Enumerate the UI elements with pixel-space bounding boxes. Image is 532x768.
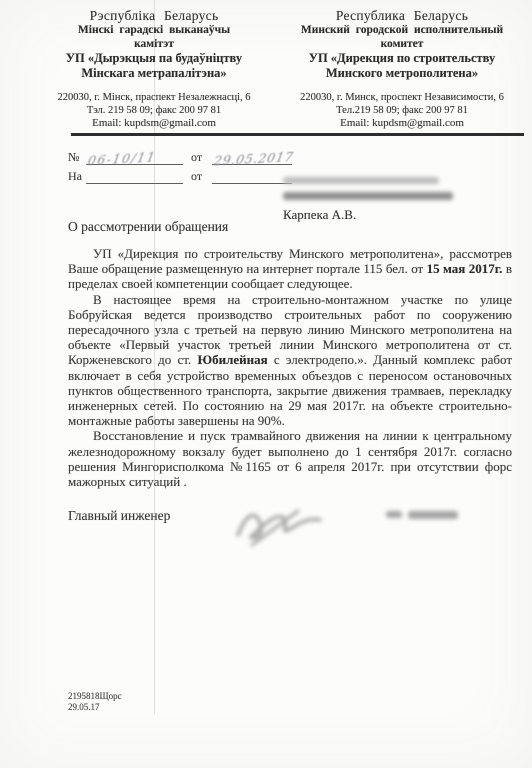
address-line-be: 220030, г. Мінск, праспект Незалежнасці,… — [40, 91, 268, 104]
outgoing-ref-row: № 06-10/11 от 29.05.2017 — [68, 149, 292, 165]
email-line-ru: Email: kupdsm@gmail.com — [282, 117, 522, 131]
country-line-ru: Республика Беларусь — [282, 8, 522, 24]
ref-date-underline: 29.05.2017 — [212, 150, 292, 165]
incoming-date-label: от — [191, 169, 212, 184]
phone-line-be: Тэл. 219 58 09; факс 200 97 81 — [40, 104, 268, 117]
letterhead: Рэспубліка Беларусь Мінскі гарадскі выка… — [0, 8, 532, 131]
incoming-ref-underline — [86, 169, 183, 184]
scanned-letter-page: Рэспубліка Беларусь Мінскі гарадскі выка… — [0, 0, 532, 768]
body-paragraph-3: Восстановление и пуск трамвайного движен… — [68, 428, 512, 489]
body-paragraph-1: УП «Дирекция по строительству Минского м… — [68, 246, 512, 292]
country-line-be: Рэспубліка Беларусь — [40, 8, 268, 24]
org-line-be: Мінскі гарадскі выканаўчы — [40, 24, 268, 38]
redacted-surname — [408, 511, 458, 519]
signature-row: Главный инженер — [68, 507, 512, 559]
phone-line-ru: Тел.219 58 09; факс 200 97 81 — [282, 104, 522, 117]
ref-number-label: № — [68, 150, 86, 165]
subject-line: О рассмотрении обращения — [68, 219, 228, 235]
handwritten-ref-date: 29.05.2017 — [213, 149, 295, 168]
address-block-ru: 220030, г. Минск, проспект Независимости… — [282, 91, 522, 131]
executor-code: 2195818Щорс — [68, 691, 122, 702]
body-paragraph-2: В настоящее время на строительно-монтажн… — [68, 292, 512, 429]
incoming-ref-row: На от — [68, 168, 292, 184]
redacted-address-line-2 — [283, 192, 453, 200]
signatory-title: Главный инженер — [68, 508, 170, 523]
address-block-be: 220030, г. Мінск, праспект Незалежнасці,… — [40, 91, 268, 131]
org-line-ru: Минского метрополитена» — [282, 66, 522, 81]
signatory-name-blurred — [386, 511, 458, 519]
reference-block: № 06-10/11 от 29.05.2017 На от — [68, 149, 292, 184]
ref-date-label: от — [191, 150, 212, 165]
letterhead-divider-rule — [71, 133, 524, 136]
redacted-initials — [386, 511, 402, 518]
letter-body: УП «Дирекция по строительству Минского м… — [68, 246, 512, 489]
executor-date: 29.05.17 — [68, 702, 122, 713]
address-line-ru: 220030, г. Минск, проспект Независимости… — [282, 91, 522, 104]
redacted-address-line-1 — [283, 177, 439, 184]
ref-number-underline: 06-10/11 — [86, 150, 183, 165]
recipient-name: Карпека А.В. — [283, 207, 453, 223]
org-line-ru: комитет — [282, 38, 522, 52]
incoming-ref-label: На — [68, 169, 86, 184]
org-line-be: УП «Дырэкцыя па будаўніцтву — [40, 51, 268, 66]
signature-blurred — [230, 499, 330, 554]
signature-stroke-svg — [230, 499, 330, 549]
handwritten-ref-number: 06-10/11 — [87, 149, 158, 168]
org-line-ru: Минский городской исполнительный — [282, 24, 522, 38]
letterhead-belarusian: Рэспубліка Беларусь Мінскі гарадскі выка… — [40, 8, 268, 131]
org-line-ru: УП «Дирекция по строительству — [282, 51, 522, 66]
email-line-be: Email: kupdsm@gmail.com — [40, 117, 268, 131]
recipient-block: Карпека А.В. — [283, 177, 453, 223]
executor-footer: 2195818Щорс 29.05.17 — [68, 691, 122, 712]
incoming-date-underline — [212, 169, 292, 184]
org-line-be: Мінскага метрапалітэна» — [40, 66, 268, 81]
letterhead-russian: Республика Беларусь Минский городской ис… — [282, 8, 522, 131]
org-line-be: камітэт — [40, 38, 268, 52]
